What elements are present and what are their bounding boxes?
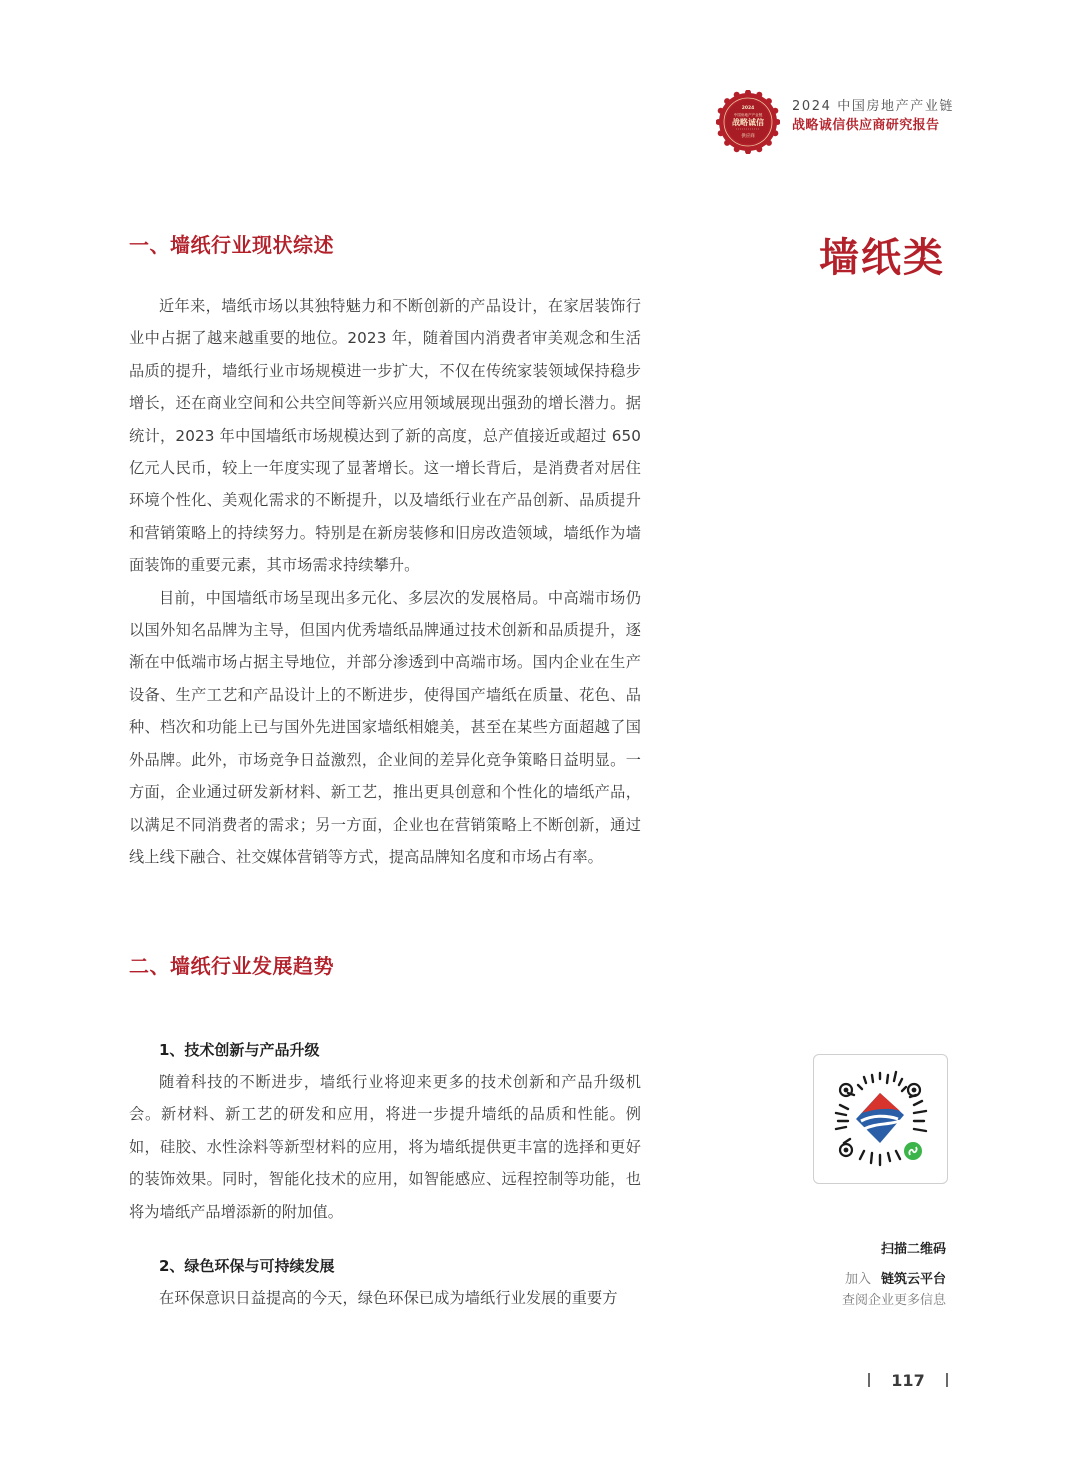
category-title: 墙纸类	[819, 226, 945, 283]
svg-text:战略诚信: 战略诚信	[732, 117, 764, 127]
page-number-value: 117	[891, 1371, 924, 1390]
divider-right	[946, 1373, 948, 1387]
paragraph: 近年来，墙纸市场以其独特魅力和不断创新的产品设计，在家居装饰行业中占据了越来越重…	[129, 290, 641, 582]
mini-program-qr-icon	[814, 1055, 947, 1183]
paragraph: 在环保意识日益提高的今天，绿色环保已成为墙纸行业发展的重要方	[129, 1282, 641, 1314]
report-header: 2024 中国房地产产业链 战略诚信 供应商 2024 中国房地产产业链 战略诚…	[716, 90, 956, 156]
subsection-title-innovation: 1、技术创新与产品升级	[159, 1039, 319, 1060]
page-number: 117	[868, 1370, 948, 1390]
section-title-overview: 一、墙纸行业现状综述	[129, 229, 334, 258]
subsection-green-body: 在环保意识日益提高的今天，绿色环保已成为墙纸行业发展的重要方	[129, 1282, 641, 1314]
subsection-innovation-body: 随着科技的不断进步，墙纸行业将迎来更多的技术创新和产品升级机会。新材料、新工艺的…	[129, 1066, 641, 1228]
qr-platform-name: 链筑云平台	[881, 1272, 946, 1287]
strategic-integrity-seal-icon: 2024 中国房地产产业链 战略诚信 供应商	[716, 90, 780, 154]
subsection-title-green: 2、绿色环保与可持续发展	[159, 1255, 334, 1276]
qr-scan-label: 扫描二维码	[881, 1238, 946, 1257]
qr-more-info: 查阅企业更多信息	[842, 1289, 946, 1308]
paragraph: 目前，中国墙纸市场呈现出多元化、多层次的发展格局。中高端市场仍以国外知名品牌为主…	[129, 582, 641, 874]
qr-code[interactable]	[813, 1054, 948, 1184]
svg-text:供应商: 供应商	[741, 132, 755, 139]
section-overview-body: 近年来，墙纸市场以其独特魅力和不断创新的产品设计，在家居装饰行业中占据了越来越重…	[129, 290, 641, 873]
svg-text:2024: 2024	[742, 105, 755, 111]
qr-join-line: 加入链筑云平台	[845, 1268, 946, 1287]
report-title: 战略诚信供应商研究报告	[792, 116, 962, 136]
qr-join-prefix: 加入	[845, 1272, 871, 1287]
paragraph: 随着科技的不断进步，墙纸行业将迎来更多的技术创新和产品升级机会。新材料、新工艺的…	[129, 1066, 641, 1228]
section-title-trends: 二、墙纸行业发展趋势	[129, 950, 334, 979]
divider-left	[868, 1373, 870, 1387]
report-series-title: 2024 中国房地产产业链	[792, 98, 962, 116]
